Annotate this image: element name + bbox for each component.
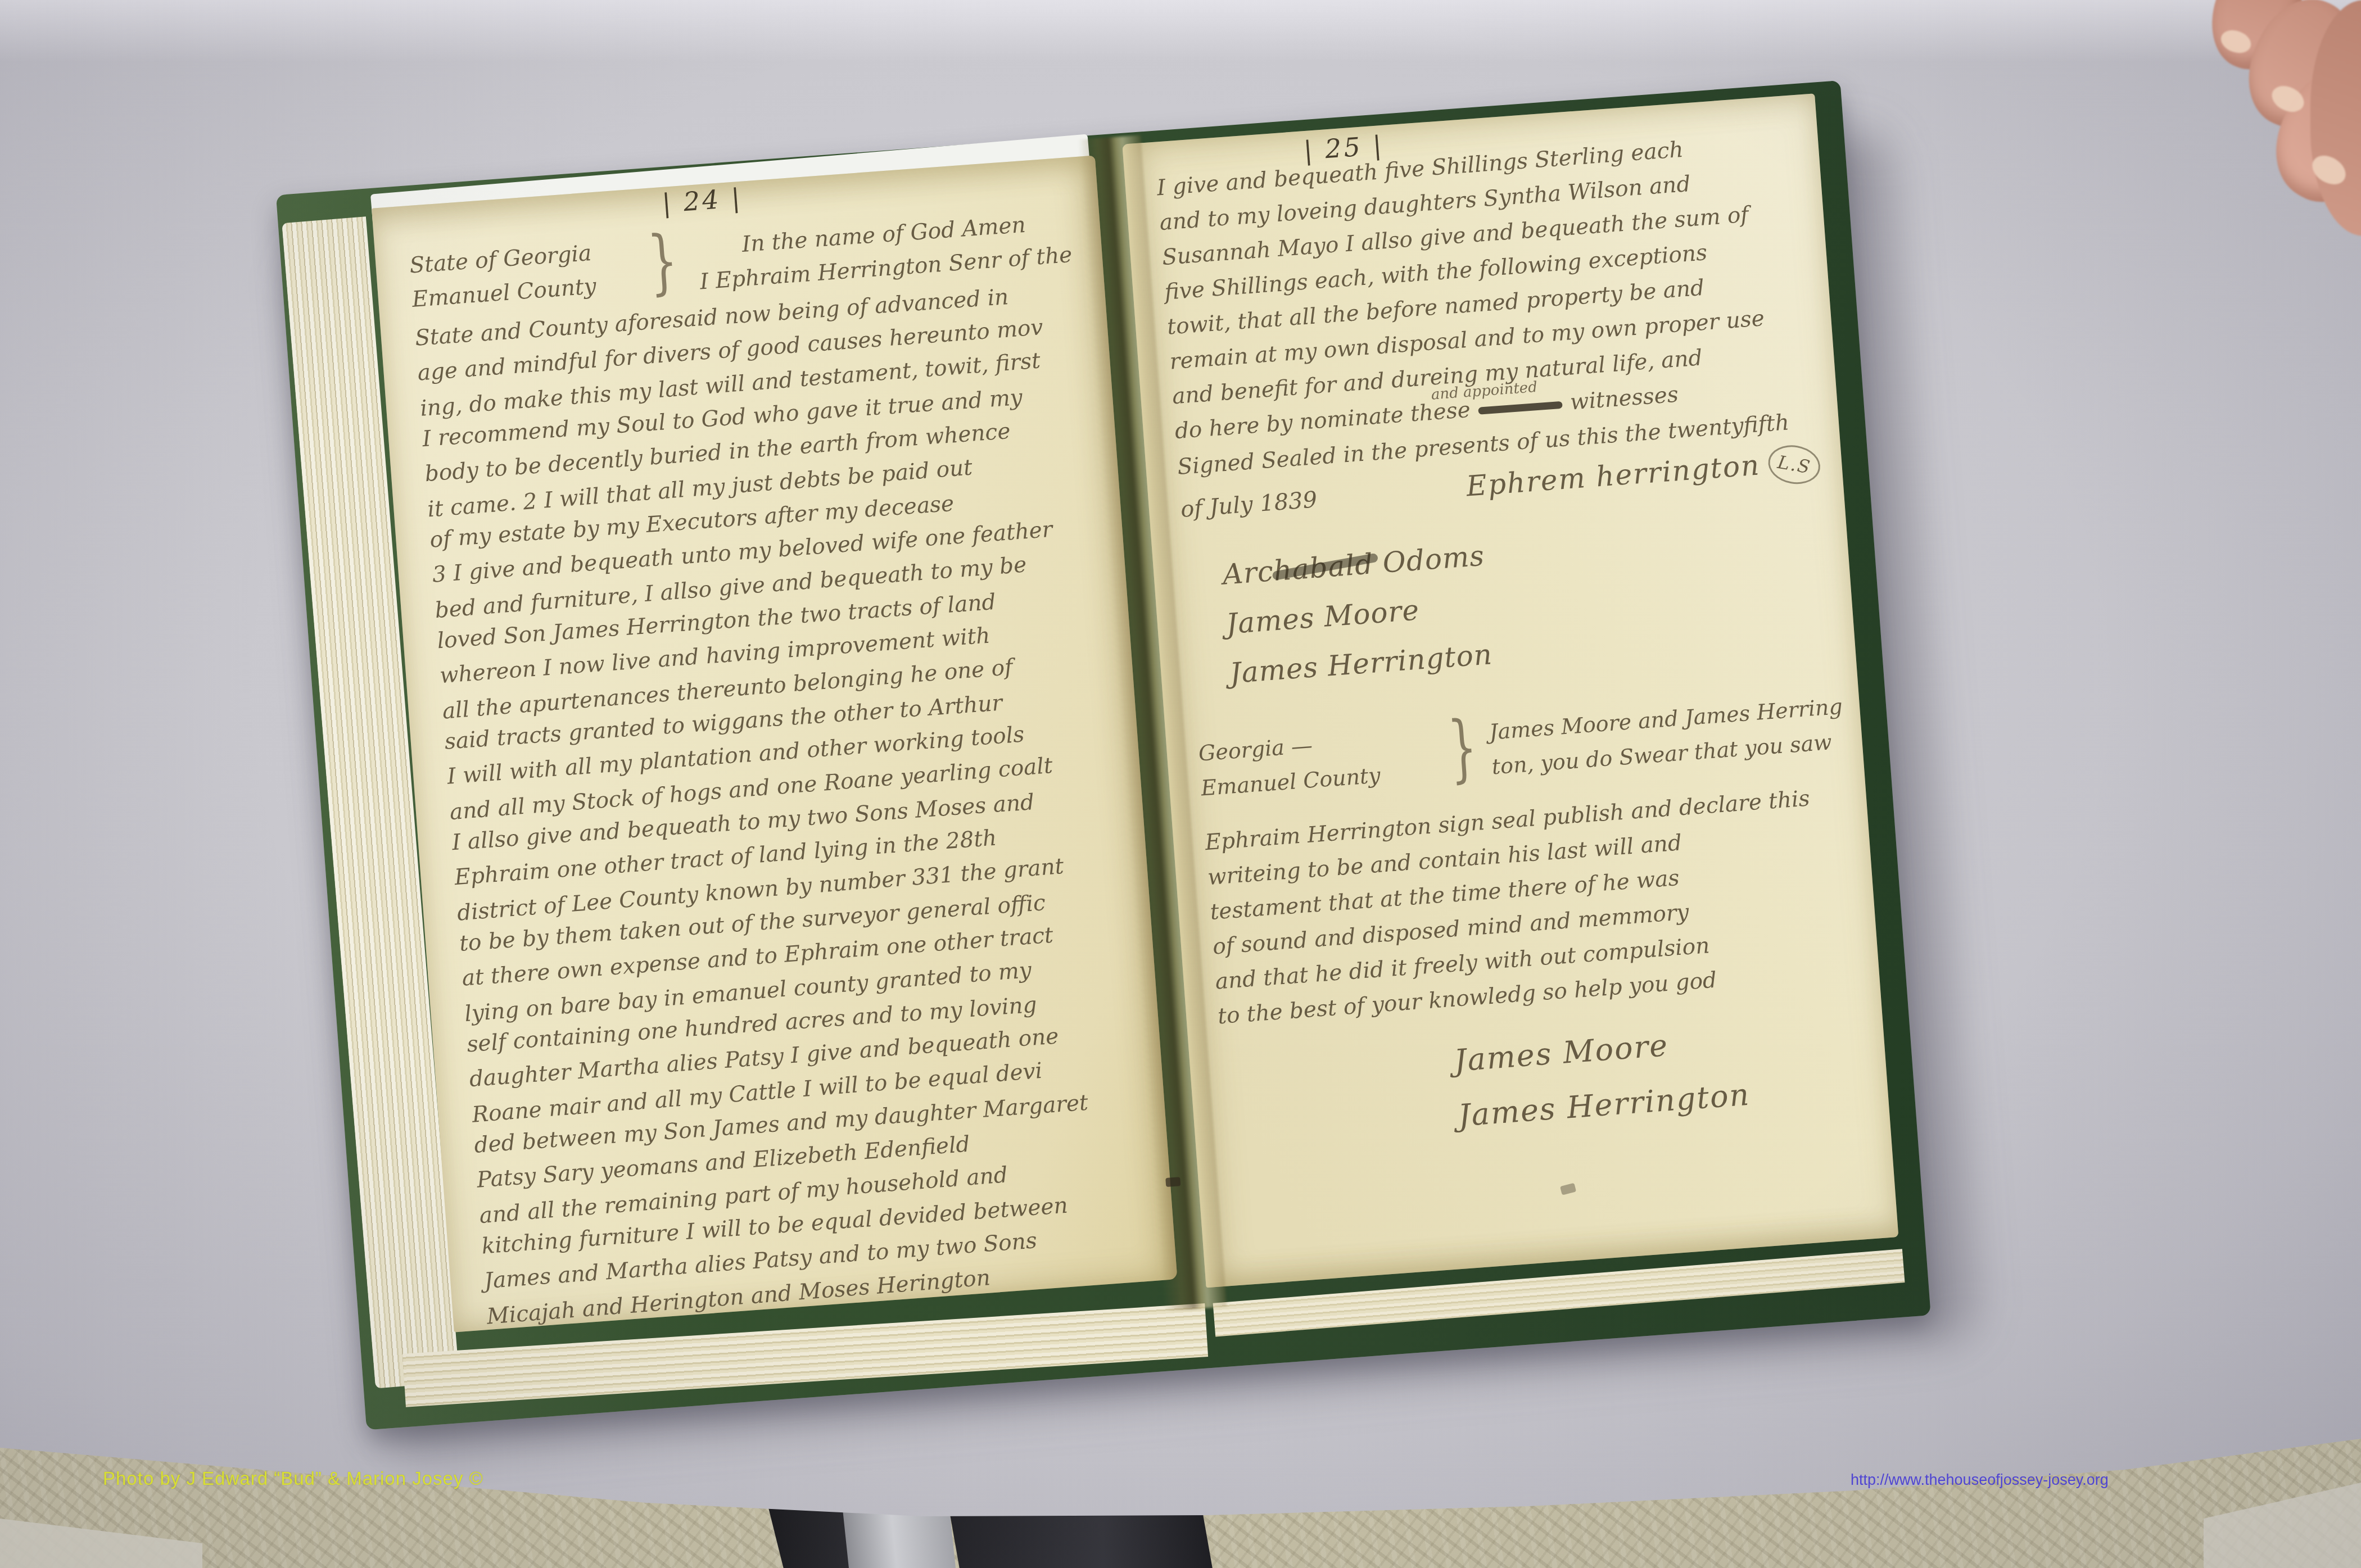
witness-signatures: Archabald OdomsJames MooreJames Herringt… — [1222, 514, 1839, 707]
jurat-county-block: Georgia — Emanuel County — [1197, 719, 1438, 805]
brace: } — [646, 231, 681, 302]
closing-signatures: James MooreJames Herrington — [1453, 1013, 1874, 1153]
right-page: 25 I give and bequeath five Shillings St… — [1122, 93, 1898, 1288]
margin-ink-mark — [1165, 1177, 1180, 1187]
left-page-text: State of GeorgiaEmanuel County } In the … — [372, 155, 1177, 1332]
watermark-photographer: Photo by J Edward “Bud” & Marion Josey © — [103, 1468, 483, 1489]
photographer-hand — [2131, 0, 2361, 259]
floor-tile-left — [0, 1506, 202, 1568]
jurat-caption: Georgia — Emanuel County } James Moore a… — [1197, 689, 1847, 806]
struck-out-word — [1478, 401, 1563, 414]
watermark-url: http://www.thehouseofjossey-josey.org — [1851, 1471, 2109, 1489]
seal-mark: L.S — [1765, 441, 1824, 488]
table-top-glare — [0, 0, 2361, 62]
left-page: 24 State of GeorgiaEmanuel County } In t… — [372, 155, 1177, 1332]
will-body-page24: State and County aforesaid now being of … — [414, 278, 1156, 1336]
oath-paragraph: Ephraim Herrington sign seal publish and… — [1204, 783, 1864, 1039]
right-page-text: I give and bequeath five Shillings Sterl… — [1122, 93, 1898, 1288]
floor-tile-right — [2204, 1478, 2361, 1568]
date-line: of July 1839 — [1180, 487, 1318, 523]
photograph-of-will-book: 24 State of GeorgiaEmanuel County } In t… — [0, 0, 2361, 1568]
will-body-page25: I give and bequeath five Shillings Sterl… — [1156, 128, 1819, 419]
jurat-lines: James Moore and James Herrington, you do… — [1488, 689, 1847, 785]
record-book: 24 State of GeorgiaEmanuel County } In t… — [286, 85, 1923, 1412]
jurat-brace: } — [1446, 716, 1480, 787]
county-caption: State of GeorgiaEmanuel County — [409, 234, 638, 320]
